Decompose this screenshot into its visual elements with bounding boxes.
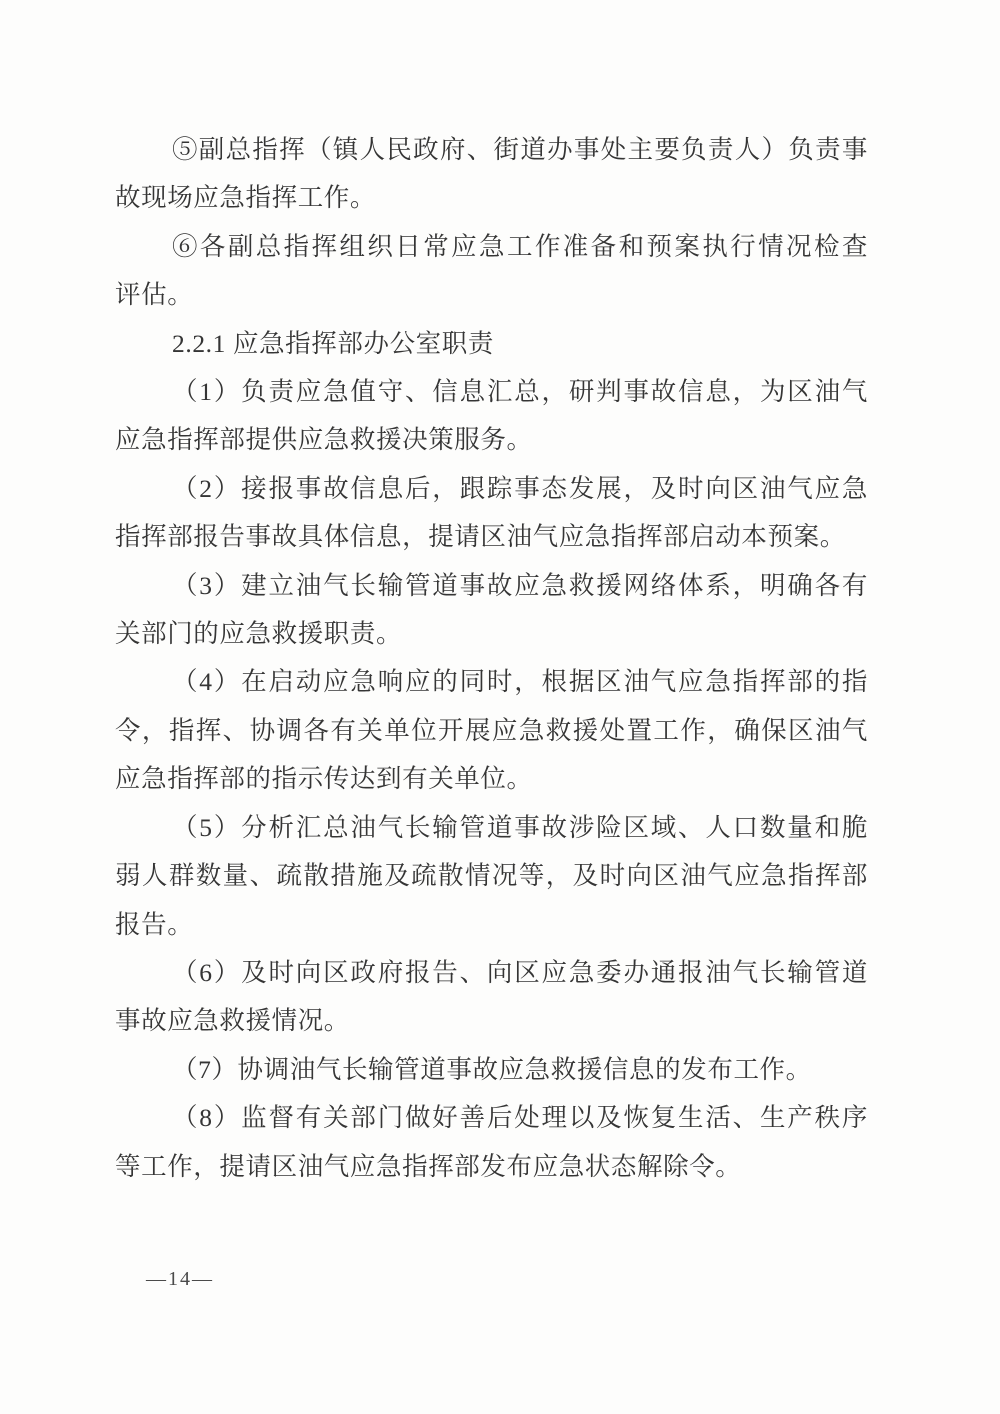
document-body: ⑤副总指挥（镇人民政府、街道办事处主要负责人）负责事 故现场应急指挥工作。 ⑥各… [115,126,868,1191]
paragraph-item-6: ⑥各副总指挥组织日常应急工作准备和预案执行情况检查 评估。 [115,223,868,320]
page-number: —14— [146,1266,214,1292]
text-line: （5）分析汇总油气长输管道事故涉险区域、人口数量和脆 [115,804,868,852]
paragraph-item-4: （4）在启动应急响应的同时，根据区油气应急指挥部的指 令，指挥、协调各有关单位开… [115,658,868,803]
text-line: 等工作，提请区油气应急指挥部发布应急状态解除令。 [115,1143,868,1191]
text-line: 指挥部报告事故具体信息，提请区油气应急指挥部启动本预案。 [115,513,868,561]
text-line: （3）建立油气长输管道事故应急救援网络体系，明确各有 [115,562,868,610]
text-line: 报告。 [115,901,868,949]
text-line: 故现场应急指挥工作。 [115,174,868,222]
text-line: （4）在启动应急响应的同时，根据区油气应急指挥部的指 [115,658,868,706]
paragraph-item-3: （3）建立油气长输管道事故应急救援网络体系，明确各有 关部门的应急救援职责。 [115,562,868,659]
paragraph-item-2: （2）接报事故信息后，跟踪事态发展，及时向区油气应急 指挥部报告事故具体信息，提… [115,465,868,562]
paragraph-item-5b: （5）分析汇总油气长输管道事故涉险区域、人口数量和脆 弱人群数量、疏散措施及疏散… [115,804,868,949]
text-line: （8）监督有关部门做好善后处理以及恢复生活、生产秩序 [115,1094,868,1142]
text-line: ⑤副总指挥（镇人民政府、街道办事处主要负责人）负责事 [115,126,868,174]
paragraph-item-1: （1）负责应急值守、信息汇总，研判事故信息，为区油气 应急指挥部提供应急救援决策… [115,368,868,465]
text-line: 评估。 [115,271,868,319]
text-line: 应急指挥部的指示传达到有关单位。 [115,755,868,803]
text-line: （6）及时向区政府报告、向区应急委办通报油气长输管道 [115,949,868,997]
section-heading-2-2-1: 2.2.1 应急指挥部办公室职责 [115,320,868,368]
text-line: 应急指挥部提供应急救援决策服务。 [115,416,868,464]
paragraph-item-5: ⑤副总指挥（镇人民政府、街道办事处主要负责人）负责事 故现场应急指挥工作。 [115,126,868,223]
paragraph-item-7: （7）协调油气长输管道事故应急救援信息的发布工作。 [115,1046,868,1094]
text-line: （2）接报事故信息后，跟踪事态发展，及时向区油气应急 [115,465,868,513]
text-line: 2.2.1 应急指挥部办公室职责 [115,320,868,368]
paragraph-item-8: （8）监督有关部门做好善后处理以及恢复生活、生产秩序 等工作，提请区油气应急指挥… [115,1094,868,1191]
text-line: 弱人群数量、疏散措施及疏散情况等，及时向区油气应急指挥部 [115,852,868,900]
paragraph-item-6b: （6）及时向区政府报告、向区应急委办通报油气长输管道 事故应急救援情况。 [115,949,868,1046]
text-line: 令，指挥、协调各有关单位开展应急救援处置工作，确保区油气 [115,707,868,755]
text-line: 关部门的应急救援职责。 [115,610,868,658]
text-line: （1）负责应急值守、信息汇总，研判事故信息，为区油气 [115,368,868,416]
text-line: ⑥各副总指挥组织日常应急工作准备和预案执行情况检查 [115,223,868,271]
text-line: 事故应急救援情况。 [115,997,868,1045]
document-page: ⑤副总指挥（镇人民政府、街道办事处主要负责人）负责事 故现场应急指挥工作。 ⑥各… [0,0,1000,1414]
text-line: （7）协调油气长输管道事故应急救援信息的发布工作。 [115,1046,868,1094]
